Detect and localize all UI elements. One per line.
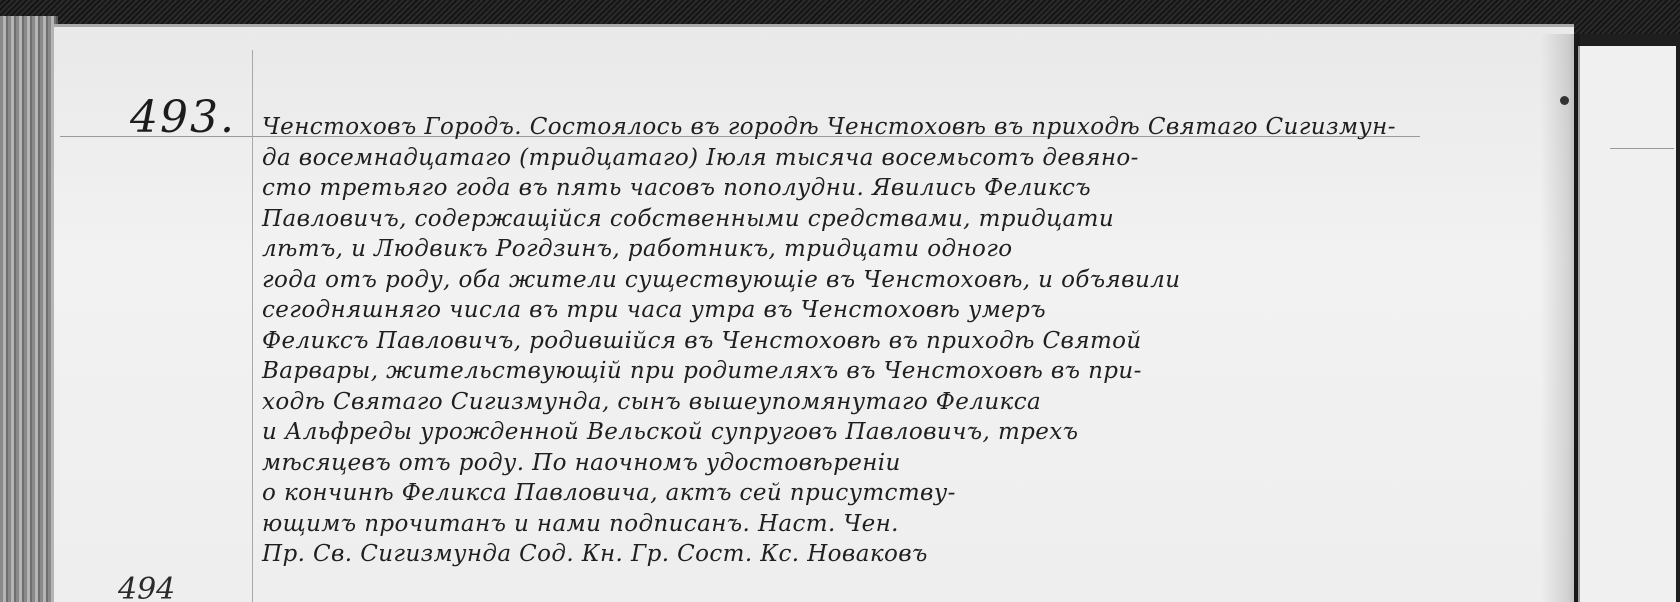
record-line-9: Варвары, жительствующій при родителяхъ в… xyxy=(262,356,1562,387)
record-line-2: да восемнадцатаго (тридцатаго) Іюля тыся… xyxy=(262,143,1562,174)
page-edges-stack xyxy=(0,16,58,602)
entry-number: 493. xyxy=(130,92,236,143)
record-line-5: лѣтъ, и Людвикъ Рогдзинъ, работникъ, три… xyxy=(262,234,1562,265)
record-line-1: Ченстоховъ Городъ. Состоялось въ городѣ … xyxy=(262,112,1562,143)
record-line-10: ходѣ Святаго Сигизмунда, сынъ вышеупомян… xyxy=(262,387,1562,418)
record-line-14: ющимъ прочитанъ и нами подписанъ. Наст. … xyxy=(262,509,1562,540)
record-line-8: Феликсъ Павловичъ, родившійся въ Ченстох… xyxy=(262,326,1562,357)
margin-ruling-line xyxy=(252,50,253,602)
record-line-4: Павловичъ, содержащійся собственными сре… xyxy=(262,204,1562,235)
facing-page-strip xyxy=(1578,46,1676,602)
record-line-6: года отъ роду, оба жители существующіе в… xyxy=(262,265,1562,296)
record-line-7: сегодняшняго числа въ три часа утра въ Ч… xyxy=(262,295,1562,326)
ink-blot xyxy=(1560,96,1569,105)
record-line-13: о кончинѣ Феликса Павловича, актъ сей пр… xyxy=(262,478,1562,509)
record-line-15-signature-line: Пр. Св. Сигизмунда Сод. Кн. Гр. Сост. Кс… xyxy=(262,539,1562,570)
record-text: Ченстоховъ Городъ. Состоялось въ городѣ … xyxy=(262,112,1562,570)
record-line-3: сто третьяго года въ пять часовъ пополуд… xyxy=(262,173,1562,204)
record-line-12: мѣсяцевъ отъ роду. По наочномъ удостовѣр… xyxy=(262,448,1562,479)
next-entry-number: 494 xyxy=(118,572,175,602)
record-line-11: и Альфреды урожденной Вельской супруговъ… xyxy=(262,417,1562,448)
facing-page-ruling xyxy=(1610,148,1674,149)
